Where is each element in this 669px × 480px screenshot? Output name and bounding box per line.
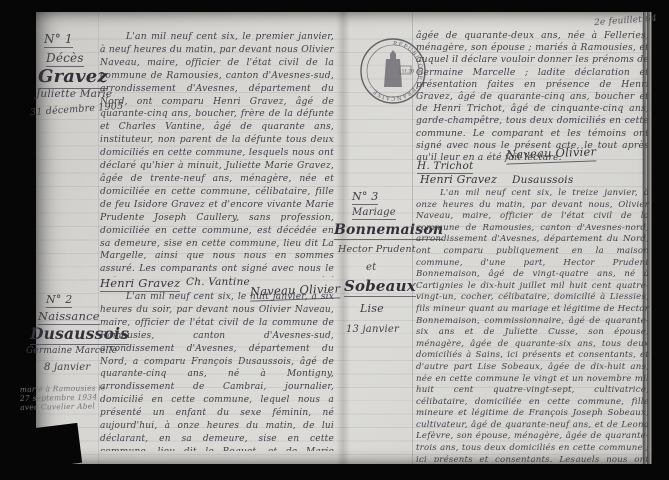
stamp-denomination: 1f.20 <box>402 69 415 75</box>
act1-body: L'an mil neuf cent six, le premier janvi… <box>100 31 334 277</box>
act3-firstnames: Hector Prudent <box>338 244 416 255</box>
scan-corner-shadow <box>0 423 82 473</box>
act3-body: L'an mil neuf cent six, le treize janvie… <box>416 188 649 462</box>
act2-body-right: âgée de quarante-deux ans, née à Felleri… <box>416 30 649 162</box>
act2-date: 8 janvier <box>44 362 90 373</box>
act1-type-label: Décès <box>46 51 84 67</box>
act1-number: N° 1 <box>44 32 73 48</box>
scanned-register-page: 2e feuillet 64 RÉPUBLIQUE · FRANÇAISE · … <box>0 0 669 480</box>
stamp-figure <box>384 50 402 87</box>
act3-type-label: Mariage <box>352 207 396 220</box>
act2-body-left: L'an mil neuf cent six, le huit janvier,… <box>100 291 334 451</box>
act3-number: N° 3 <box>352 190 378 205</box>
act2-signature-2: H. Trichot <box>417 160 473 174</box>
act1-signature-2: Ch. Vantine <box>186 276 250 288</box>
act3-date: 13 janvier <box>346 324 399 335</box>
register-paper: 2e feuillet 64 RÉPUBLIQUE · FRANÇAISE · … <box>36 12 652 464</box>
act1-signature-1: Henri Gravez <box>100 276 180 292</box>
act3-conjunction: et <box>366 262 376 273</box>
act2-signature-4: Dusaussois <box>512 174 573 186</box>
act3-name2: Sobeaux <box>344 277 416 297</box>
act3-firstnames2: Lise <box>360 302 384 315</box>
act2-number: N° 2 <box>46 293 72 308</box>
act2-type-label: Naissance <box>38 309 100 325</box>
act2-signature-1: Naveau Olivier <box>506 144 597 164</box>
act2-signature-3: Henri Gravez <box>420 173 497 186</box>
act1-name: Gravez <box>38 66 108 89</box>
